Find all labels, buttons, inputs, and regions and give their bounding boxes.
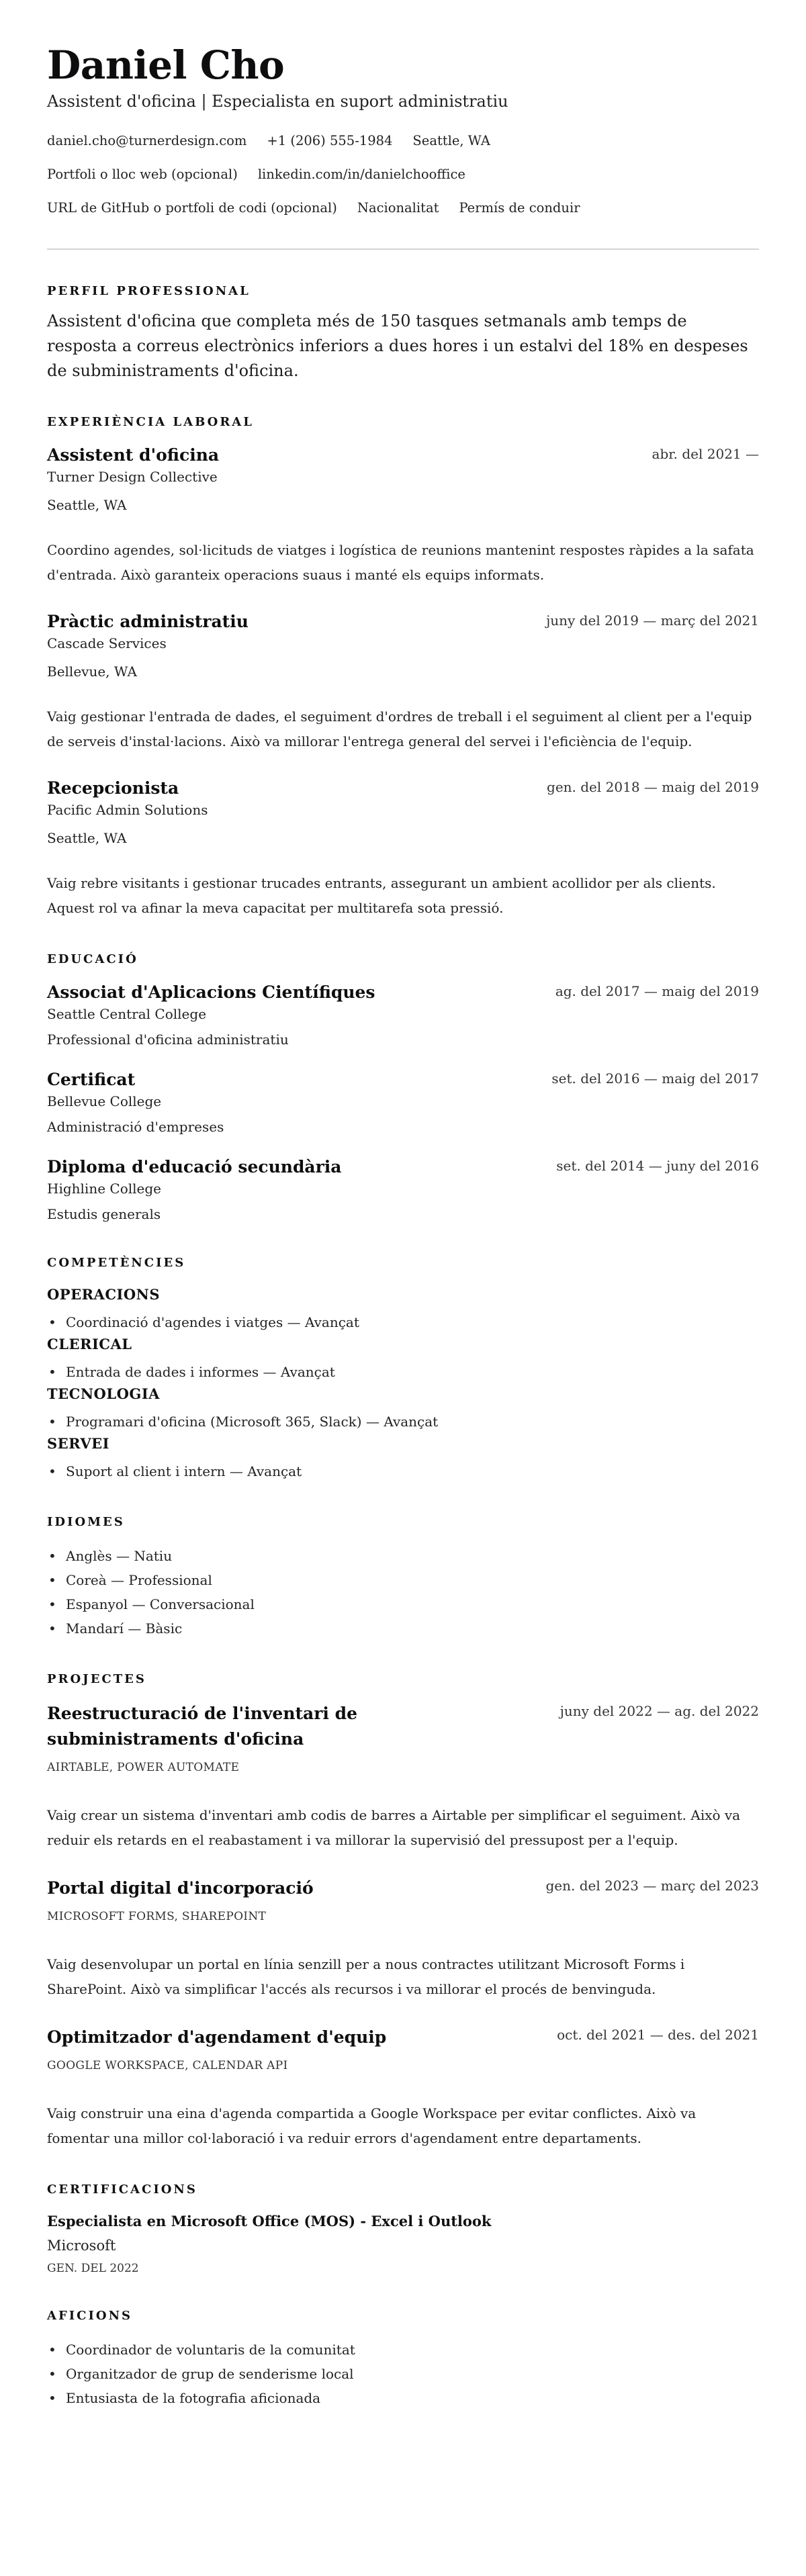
- school-name: Bellevue College: [47, 1091, 759, 1111]
- skill-list: Suport al client i intern — Avançat: [47, 1459, 759, 1483]
- skills-list: OperacionsCoordinació d'agendes i viatge…: [47, 1285, 759, 1483]
- entry-header: Portal digital d'incorporaciógen. del 20…: [47, 1876, 759, 1901]
- contact-phone[interactable]: +1 (206) 555-1984: [267, 132, 392, 150]
- section-title: Educació: [47, 952, 759, 968]
- entry-header: Reestructuració de l'inventari de submin…: [47, 1701, 759, 1752]
- job-title: Recepcionista: [47, 777, 179, 800]
- hobbies-section: Aficions Coordinador de voluntaris de la…: [47, 2308, 759, 2410]
- languages-list: Anglès — NatiuCoreà — ProfessionalEspany…: [47, 1544, 759, 1641]
- certification-issuer: Microsoft: [47, 2236, 759, 2256]
- skill-group: TecnologiaProgramari d'oficina (Microsof…: [47, 1384, 759, 1434]
- education-section: Educació Associat d'Aplicacions Científi…: [47, 952, 759, 1224]
- contact-driving-license: Permís de conduir: [459, 199, 580, 218]
- skill-item: Programari d'oficina (Microsoft 365, Sla…: [47, 1410, 759, 1434]
- project-name: Portal digital d'incorporació: [47, 1876, 314, 1901]
- education-entry: Associat d'Aplicacions Científiquesag. d…: [47, 981, 759, 1050]
- entry-header: Assistent d'oficinaabr. del 2021 —: [47, 444, 759, 467]
- skill-category: Tecnologia: [47, 1384, 759, 1404]
- job-company: Cascade Services: [47, 633, 759, 653]
- degree-title: Associat d'Aplicacions Científiques: [47, 981, 375, 1004]
- job-title: Pràctic administratiu: [47, 610, 249, 633]
- experience-entry: Assistent d'oficinaabr. del 2021 —Turner…: [47, 444, 759, 588]
- job-description: Vaig rebre visitants i gestionar trucade…: [47, 871, 759, 921]
- skill-item: Suport al client i intern — Avançat: [47, 1459, 759, 1483]
- job-dates: abr. del 2021 —: [625, 444, 759, 464]
- contact-github[interactable]: URL de GitHub o portfoli de codi (opcion…: [47, 199, 337, 218]
- languages-section: Idiomes Anglès — NatiuCoreà — Profession…: [47, 1514, 759, 1641]
- job-description: Coordino agendes, sol·licituds de viatge…: [47, 538, 759, 588]
- entry-header: Diploma d'educació secundàriaset. del 20…: [47, 1156, 759, 1179]
- job-title: Assistent d'oficina: [47, 444, 219, 467]
- job-dates: juny del 2019 — març del 2021: [519, 610, 759, 631]
- skill-group: OperacionsCoordinació d'agendes i viatge…: [47, 1285, 759, 1334]
- education-dates: ag. del 2017 — maig del 2019: [529, 981, 759, 1001]
- hobby-item: Entusiasta de la fotografia aficionada: [47, 2386, 759, 2410]
- certification-date: gen. del 2022: [47, 2260, 759, 2277]
- education-dates: set. del 2016 — maig del 2017: [525, 1068, 759, 1089]
- projects-section: Projectes Reestructuració de l'inventari…: [47, 1671, 759, 2151]
- candidate-name: Daniel Cho: [47, 42, 759, 89]
- section-title: Projectes: [47, 1671, 759, 1688]
- project-description: Vaig construir una eina d'agenda compart…: [47, 2101, 759, 2151]
- degree-title: Certificat: [47, 1068, 135, 1091]
- hobbies-list: Coordinador de voluntaris de la comunita…: [47, 2338, 759, 2410]
- experience-entry: Pràctic administratiujuny del 2019 — mar…: [47, 610, 759, 754]
- experience-section: Experiència laboral Assistent d'oficinaa…: [47, 414, 759, 921]
- skill-item: Entrada de dades i informes — Avançat: [47, 1360, 759, 1384]
- section-title: Experiència laboral: [47, 414, 759, 430]
- contact-row: URL de GitHub o portfoli de codi (opcion…: [47, 199, 759, 218]
- project-entry: Portal digital d'incorporaciógen. del 20…: [47, 1876, 759, 2002]
- language-item: Espanyol — Conversacional: [47, 1592, 759, 1616]
- section-title: Perfil professional: [47, 283, 759, 300]
- project-dates: gen. del 2023 — març del 2023: [519, 1876, 759, 1896]
- field-of-study: Estudis generals: [47, 1204, 759, 1224]
- contact-linkedin[interactable]: linkedin.com/in/danielchooffice: [258, 165, 465, 184]
- education-list: Associat d'Aplicacions Científiquesag. d…: [47, 981, 759, 1224]
- certification-entry: Especialista en Microsoft Office (MOS) -…: [47, 2211, 759, 2277]
- entry-header: Optimitzador d'agendament d'equipoct. de…: [47, 2025, 759, 2050]
- section-title: Idiomes: [47, 1514, 759, 1530]
- job-description: Vaig gestionar l'entrada de dades, el se…: [47, 704, 759, 754]
- summary-text: Assistent d'oficina que completa més de …: [47, 309, 759, 383]
- resume-page: Daniel Cho Assistent d'oficina | Especia…: [0, 0, 806, 2437]
- entry-header: Recepcionistagen. del 2018 — maig del 20…: [47, 777, 759, 800]
- skill-list: Entrada de dades i informes — Avançat: [47, 1360, 759, 1384]
- section-title: Competències: [47, 1255, 759, 1271]
- job-location: Bellevue, WA: [47, 661, 759, 682]
- skill-list: Coordinació d'agendes i viatges — Avança…: [47, 1310, 759, 1334]
- summary-section: Perfil professional Assistent d'oficina …: [47, 283, 759, 383]
- skill-group: ServeiSuport al client i intern — Avança…: [47, 1434, 759, 1483]
- project-tags: Google Workspace, Calendar API: [47, 2057, 759, 2074]
- hobby-item: Organitzador de grup de senderisme local: [47, 2362, 759, 2386]
- language-item: Coreà — Professional: [47, 1568, 759, 1592]
- entry-header: Pràctic administratiujuny del 2019 — mar…: [47, 610, 759, 633]
- project-tags: Microsoft Forms, SharePoint: [47, 1908, 759, 1925]
- field-of-study: Administració d'empreses: [47, 1117, 759, 1137]
- skill-category: Clerical: [47, 1334, 759, 1354]
- project-name: Optimitzador d'agendament d'equip: [47, 2025, 386, 2050]
- contact-row: Portfoli o lloc web (opcional) linkedin.…: [47, 165, 759, 184]
- project-dates: juny del 2022 — ag. del 2022: [533, 1701, 759, 1721]
- skill-item: Coordinació d'agendes i viatges — Avança…: [47, 1310, 759, 1334]
- candidate-headline: Assistent d'oficina | Especialista en su…: [47, 90, 759, 113]
- experience-list: Assistent d'oficinaabr. del 2021 —Turner…: [47, 444, 759, 921]
- contact-email[interactable]: daniel.cho@turnerdesign.com: [47, 132, 247, 150]
- section-title: Certificacions: [47, 2182, 759, 2198]
- skill-category: Servei: [47, 1434, 759, 1454]
- school-name: Seattle Central College: [47, 1004, 759, 1024]
- certification-name: Especialista en Microsoft Office (MOS) -…: [47, 2211, 759, 2232]
- entry-header: Associat d'Aplicacions Científiquesag. d…: [47, 981, 759, 1004]
- job-location: Seattle, WA: [47, 495, 759, 515]
- contact-portfolio[interactable]: Portfoli o lloc web (opcional): [47, 165, 238, 184]
- job-location: Seattle, WA: [47, 828, 759, 848]
- project-tags: Airtable, Power Automate: [47, 1759, 759, 1776]
- project-dates: oct. del 2021 — des. del 2021: [530, 2025, 759, 2045]
- project-name: Reestructuració de l'inventari de submin…: [47, 1701, 533, 1752]
- job-company: Turner Design Collective: [47, 467, 759, 487]
- section-title: Aficions: [47, 2308, 759, 2324]
- skill-list: Programari d'oficina (Microsoft 365, Sla…: [47, 1410, 759, 1434]
- skill-group: ClericalEntrada de dades i informes — Av…: [47, 1334, 759, 1384]
- skills-section: Competències OperacionsCoordinació d'age…: [47, 1255, 759, 1483]
- contact-location: Seattle, WA: [412, 132, 490, 150]
- degree-title: Diploma d'educació secundària: [47, 1156, 342, 1179]
- certifications-section: Certificacions Especialista en Microsoft…: [47, 2182, 759, 2277]
- school-name: Highline College: [47, 1179, 759, 1199]
- field-of-study: Professional d'oficina administratiu: [47, 1029, 759, 1050]
- project-entry: Reestructuració de l'inventari de submin…: [47, 1701, 759, 1853]
- contact-nationality: Nacionalitat: [357, 199, 439, 218]
- projects-list: Reestructuració de l'inventari de submin…: [47, 1701, 759, 2151]
- education-dates: set. del 2014 — juny del 2016: [529, 1156, 759, 1176]
- education-entry: Certificatset. del 2016 — maig del 2017B…: [47, 1068, 759, 1137]
- resume-header: Daniel Cho Assistent d'oficina | Especia…: [47, 42, 759, 250]
- header-divider: [47, 248, 759, 250]
- project-entry: Optimitzador d'agendament d'equipoct. de…: [47, 2025, 759, 2151]
- project-description: Vaig desenvolupar un portal en línia sen…: [47, 1952, 759, 2002]
- experience-entry: Recepcionistagen. del 2018 — maig del 20…: [47, 777, 759, 921]
- skill-category: Operacions: [47, 1285, 759, 1305]
- entry-header: Certificatset. del 2016 — maig del 2017: [47, 1068, 759, 1091]
- job-company: Pacific Admin Solutions: [47, 800, 759, 820]
- hobby-item: Coordinador de voluntaris de la comunita…: [47, 2338, 759, 2362]
- education-entry: Diploma d'educació secundàriaset. del 20…: [47, 1156, 759, 1224]
- language-item: Anglès — Natiu: [47, 1544, 759, 1568]
- language-item: Mandarí — Bàsic: [47, 1616, 759, 1641]
- certifications-list: Especialista en Microsoft Office (MOS) -…: [47, 2211, 759, 2277]
- job-dates: gen. del 2018 — maig del 2019: [520, 777, 759, 797]
- contact-row: daniel.cho@turnerdesign.com +1 (206) 555…: [47, 132, 759, 150]
- project-description: Vaig crear un sistema d'inventari amb co…: [47, 1803, 759, 1853]
